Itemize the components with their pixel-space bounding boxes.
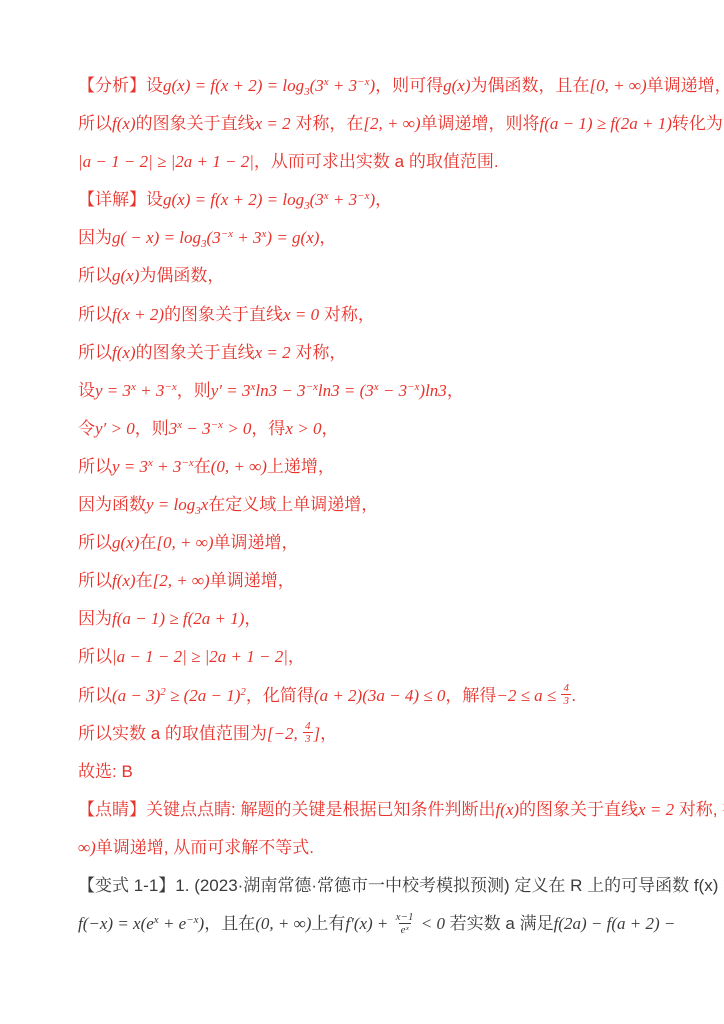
text-line: 所以f(x)在[2, + ∞)单调递增， xyxy=(78,562,678,600)
text-line: 故选: B xyxy=(78,753,678,791)
text-line: |a − 1 − 2| ≥ |2a + 1 − 2|，从而可求出实数 a 的取值… xyxy=(78,143,678,181)
text-run: 故选: B xyxy=(78,762,133,781)
math-run: f(x) xyxy=(112,343,136,362)
text-line: 【分析】设g(x) = f(x + 2) = log3(3x + 3−x)，则可… xyxy=(78,67,678,105)
text-line: 设y = 3x + 3−x，则y′ = 3xln3 − 3−xln3 = (3x… xyxy=(78,372,678,410)
text-line: 因为函数y = log3x在定义域上单调递增， xyxy=(78,486,678,524)
math-run: ln3 = (3 xyxy=(318,381,374,400)
text-run: 因为函数 xyxy=(78,495,146,514)
math-run: 3 xyxy=(201,239,207,250)
math-run: f(a − 1) ≥ f(2a + 1) xyxy=(112,609,244,628)
text-run: ， xyxy=(321,419,338,438)
math-run: y′ > 0 xyxy=(95,419,135,438)
math-run: (0, + ∞) xyxy=(211,457,267,476)
document-page: 【分析】设g(x) = f(x + 2) = log3(3x + 3−x)，则可… xyxy=(0,0,724,1024)
math-run: x xyxy=(262,229,267,240)
text-run: 转化为 xyxy=(672,114,723,133)
text-line: 所以(a − 3)2 ≥ (2a − 1)2，化简得(a + 2)(3a − 4… xyxy=(78,677,678,715)
text-run: 所以 xyxy=(78,266,112,285)
text-run: ， xyxy=(375,190,392,209)
math-run: x xyxy=(131,382,136,393)
math-run: f(2a) − f(a + 2) − xyxy=(554,914,676,933)
math-run: + 3 xyxy=(329,76,357,95)
text-run: 对称, 在 xyxy=(674,800,724,819)
text-run: 上有 xyxy=(311,914,345,933)
text-run: 在 xyxy=(136,571,153,590)
math-run: y′ = 3 xyxy=(211,381,251,400)
text-run: 所以 xyxy=(78,343,112,362)
math-run: g(x) = f(x + 2) = log xyxy=(163,76,304,95)
text-run: ，解得 xyxy=(445,686,496,705)
text-run: 所以 xyxy=(78,533,112,552)
math-run: [0, + ∞) xyxy=(156,533,213,552)
text-line: ∞)单调递增, 从而可求解不等式. xyxy=(78,829,678,867)
text-run: 单调递增， xyxy=(214,533,299,552)
text-run: 单调递增, 从而可求解不等式. xyxy=(96,838,314,857)
text-run: ， xyxy=(447,381,464,400)
text-line: 所以y = 3x + 3−x在(0, + ∞)上递增， xyxy=(78,448,678,486)
math-run: x xyxy=(177,420,182,431)
math-run: f(x) xyxy=(112,571,136,590)
math-run: x xyxy=(250,382,255,393)
text-run: 为偶函数，且在 xyxy=(471,76,590,95)
math-run: (a + 2)(3a − 4) ≤ 0 xyxy=(314,686,445,705)
math-run: x = 2 xyxy=(638,800,674,819)
math-run: x = 0 xyxy=(283,305,319,324)
math-run: g(x) xyxy=(112,266,139,285)
math-run: ≥ (2a − 1) xyxy=(166,686,241,705)
math-run: g(x) xyxy=(443,76,470,95)
text-line: 【点睛】关键点点睛: 解题的关键是根据已知条件判断出f(x)的图象关于直线x =… xyxy=(78,791,678,829)
math-run: 3 xyxy=(304,201,310,212)
math-run: [0, + ∞) xyxy=(590,76,647,95)
math-run: −x xyxy=(357,77,369,88)
text-line: 所以f(x)的图象关于直线x = 2 对称，在[2, + ∞)单调递增，则将f(… xyxy=(78,105,678,143)
text-run: ，则可得 xyxy=(375,76,443,95)
math-run: ln3 − 3 xyxy=(255,381,305,400)
text-run: 对称， xyxy=(319,305,375,324)
document-body: 【分析】设g(x) = f(x + 2) = log3(3x + 3−x)，则可… xyxy=(78,67,678,943)
math-run: (3 xyxy=(207,228,221,247)
math-run: 3 xyxy=(304,87,310,98)
text-run: 单调递增， xyxy=(210,571,295,590)
text-run: 所以 xyxy=(78,571,112,590)
math-run: − 3 xyxy=(379,381,407,400)
math-run: 2 xyxy=(160,687,166,698)
text-run: 因为 xyxy=(78,228,112,247)
text-run: 对称， xyxy=(291,343,347,362)
text-run: 对称，在 xyxy=(291,114,364,133)
math-run: x > 0 xyxy=(285,419,321,438)
math-run: g( − x) = log xyxy=(112,228,201,247)
math-run: −x xyxy=(211,420,223,431)
math-run: x xyxy=(324,191,329,202)
text-line: 所以g(x)在[0, + ∞)单调递增， xyxy=(78,524,678,562)
math-run: ∞) xyxy=(78,838,96,857)
math-run: −2 ≤ a ≤ xyxy=(496,686,560,705)
math-run: (3 xyxy=(310,76,324,95)
text-line: 所以g(x)为偶函数， xyxy=(78,257,678,295)
text-line: 所以f(x)的图象关于直线x = 2 对称， xyxy=(78,334,678,372)
text-run: 【点睛】关键点点睛: 解题的关键是根据已知条件判断出 xyxy=(78,800,495,819)
text-line: 【详解】设g(x) = f(x + 2) = log3(3x + 3−x)， xyxy=(78,181,678,219)
math-run: g(x) xyxy=(112,533,139,552)
math-run: > 0 xyxy=(223,419,251,438)
text-line: 令y′ > 0，则3x − 3−x > 0，得x > 0， xyxy=(78,410,678,448)
text-run: 的图象关于直线 xyxy=(164,305,283,324)
math-run: x xyxy=(154,915,159,926)
math-run: [2, + ∞) xyxy=(363,114,420,133)
text-run: 上递增， xyxy=(267,457,335,476)
text-run: 因为 xyxy=(78,609,112,628)
text-run: 所以 xyxy=(78,114,112,133)
math-run: x = 2 xyxy=(255,114,291,133)
math-run: 3 xyxy=(195,506,201,517)
text-line: 所以实数 a 的取值范围为[−2, 43]， xyxy=(78,715,678,753)
math-run: f′(x) + xyxy=(345,914,392,933)
text-run: ，且在 xyxy=(204,914,255,933)
math-run: f(a − 1) ≥ f(2a + 1) xyxy=(539,114,671,133)
math-run: x xyxy=(324,77,329,88)
text-line: 因为g( − x) = log3(3−x + 3x) = g(x)， xyxy=(78,219,678,257)
text-line: 所以|a − 1 − 2| ≥ |2a + 1 − 2|， xyxy=(78,638,678,676)
math-run: + 3 xyxy=(136,381,164,400)
math-run: + e xyxy=(159,914,187,933)
math-run: −x xyxy=(221,229,233,240)
text-run: ， xyxy=(244,609,261,628)
math-run: 3 xyxy=(169,419,178,438)
math-run: + 3 xyxy=(153,457,181,476)
math-run: −x xyxy=(306,382,318,393)
text-run: 单调递增， xyxy=(647,76,724,95)
text-run: 所以 xyxy=(78,647,112,666)
text-line: 【变式 1-1】1. (2023·湖南常德·常德市一中校考模拟预测) 定义在 R… xyxy=(78,867,678,905)
math-run: f(x) xyxy=(495,800,519,819)
math-run: x xyxy=(374,382,379,393)
text-run: ，得 xyxy=(251,419,285,438)
math-run: [−2, xyxy=(267,724,302,743)
text-run: 在 xyxy=(194,457,211,476)
math-run: |a − 1 − 2| ≥ |2a + 1 − 2| xyxy=(78,152,254,171)
math-run: −x xyxy=(181,458,193,469)
math-run: − 3 xyxy=(182,419,210,438)
math-run: + 3 xyxy=(329,190,357,209)
text-run: ，则 xyxy=(177,381,211,400)
text-run: 【详解】设 xyxy=(78,190,163,209)
text-run: ， xyxy=(288,647,305,666)
math-run: −x xyxy=(164,382,176,393)
math-run: y = log xyxy=(146,495,195,514)
math-run: [2, + ∞) xyxy=(153,571,210,590)
text-run: 在定义域上单调递增， xyxy=(208,495,378,514)
text-run: 所以 xyxy=(78,686,112,705)
text-run: 设 xyxy=(78,381,95,400)
fraction: x−1eˣ xyxy=(394,911,416,936)
text-run: 为偶函数， xyxy=(139,266,224,285)
text-run: ， xyxy=(319,228,336,247)
math-run: f(x) xyxy=(112,114,136,133)
math-run: |a − 1 − 2| ≥ |2a + 1 − 2| xyxy=(112,647,288,666)
math-run: −x xyxy=(186,915,198,926)
text-run: 若实数 a 满足 xyxy=(445,914,554,933)
text-run: 的图象关于直线 xyxy=(519,800,638,819)
text-run: 在 xyxy=(139,533,156,552)
math-run: (3 xyxy=(310,190,324,209)
text-run: 所以 xyxy=(78,457,112,476)
text-run: 单调递增，则将 xyxy=(420,114,539,133)
text-line: 因为f(a − 1) ≥ f(2a + 1)， xyxy=(78,600,678,638)
math-run: −x xyxy=(357,191,369,202)
math-run: x xyxy=(148,458,153,469)
math-run: (0, + ∞) xyxy=(255,914,311,933)
text-run: 所以实数 a 的取值范围为 xyxy=(78,724,267,743)
text-run: ，则 xyxy=(135,419,169,438)
math-run: . xyxy=(572,686,576,705)
math-run: ) = g(x) xyxy=(266,228,319,247)
text-run: 令 xyxy=(78,419,95,438)
fraction: 43 xyxy=(303,720,313,745)
math-run: + 3 xyxy=(233,228,261,247)
math-run: g(x) = f(x + 2) = log xyxy=(163,190,304,209)
text-run: ，化简得 xyxy=(246,686,314,705)
text-run: 的图象关于直线 xyxy=(136,114,255,133)
math-run: )ln3 xyxy=(419,381,446,400)
math-run: x = 2 xyxy=(255,343,291,362)
math-run: f(x + 2) xyxy=(112,305,164,324)
math-run: 2 xyxy=(240,687,246,698)
math-run: y = 3 xyxy=(95,381,131,400)
math-run: y = 3 xyxy=(112,457,148,476)
text-line: f(−x) = x(ex + e−x)，且在(0, + ∞)上有f′(x) + … xyxy=(78,905,678,943)
text-run: 【分析】设 xyxy=(78,76,163,95)
math-run: −x xyxy=(407,382,419,393)
text-run: ， xyxy=(320,724,337,743)
text-run: ，从而可求出实数 a 的取值范围. xyxy=(254,152,499,171)
math-run: < 0 xyxy=(416,914,444,933)
text-run: 的图象关于直线 xyxy=(136,343,255,362)
fraction: 43 xyxy=(561,682,571,707)
text-line: 所以f(x + 2)的图象关于直线x = 0 对称， xyxy=(78,296,678,334)
text-run: 所以 xyxy=(78,305,112,324)
math-run: f(−x) = x(e xyxy=(78,914,154,933)
text-run: 【变式 1-1】1. (2023·湖南常德·常德市一中校考模拟预测) 定义在 R… xyxy=(78,876,724,895)
math-run: (a − 3) xyxy=(112,686,160,705)
